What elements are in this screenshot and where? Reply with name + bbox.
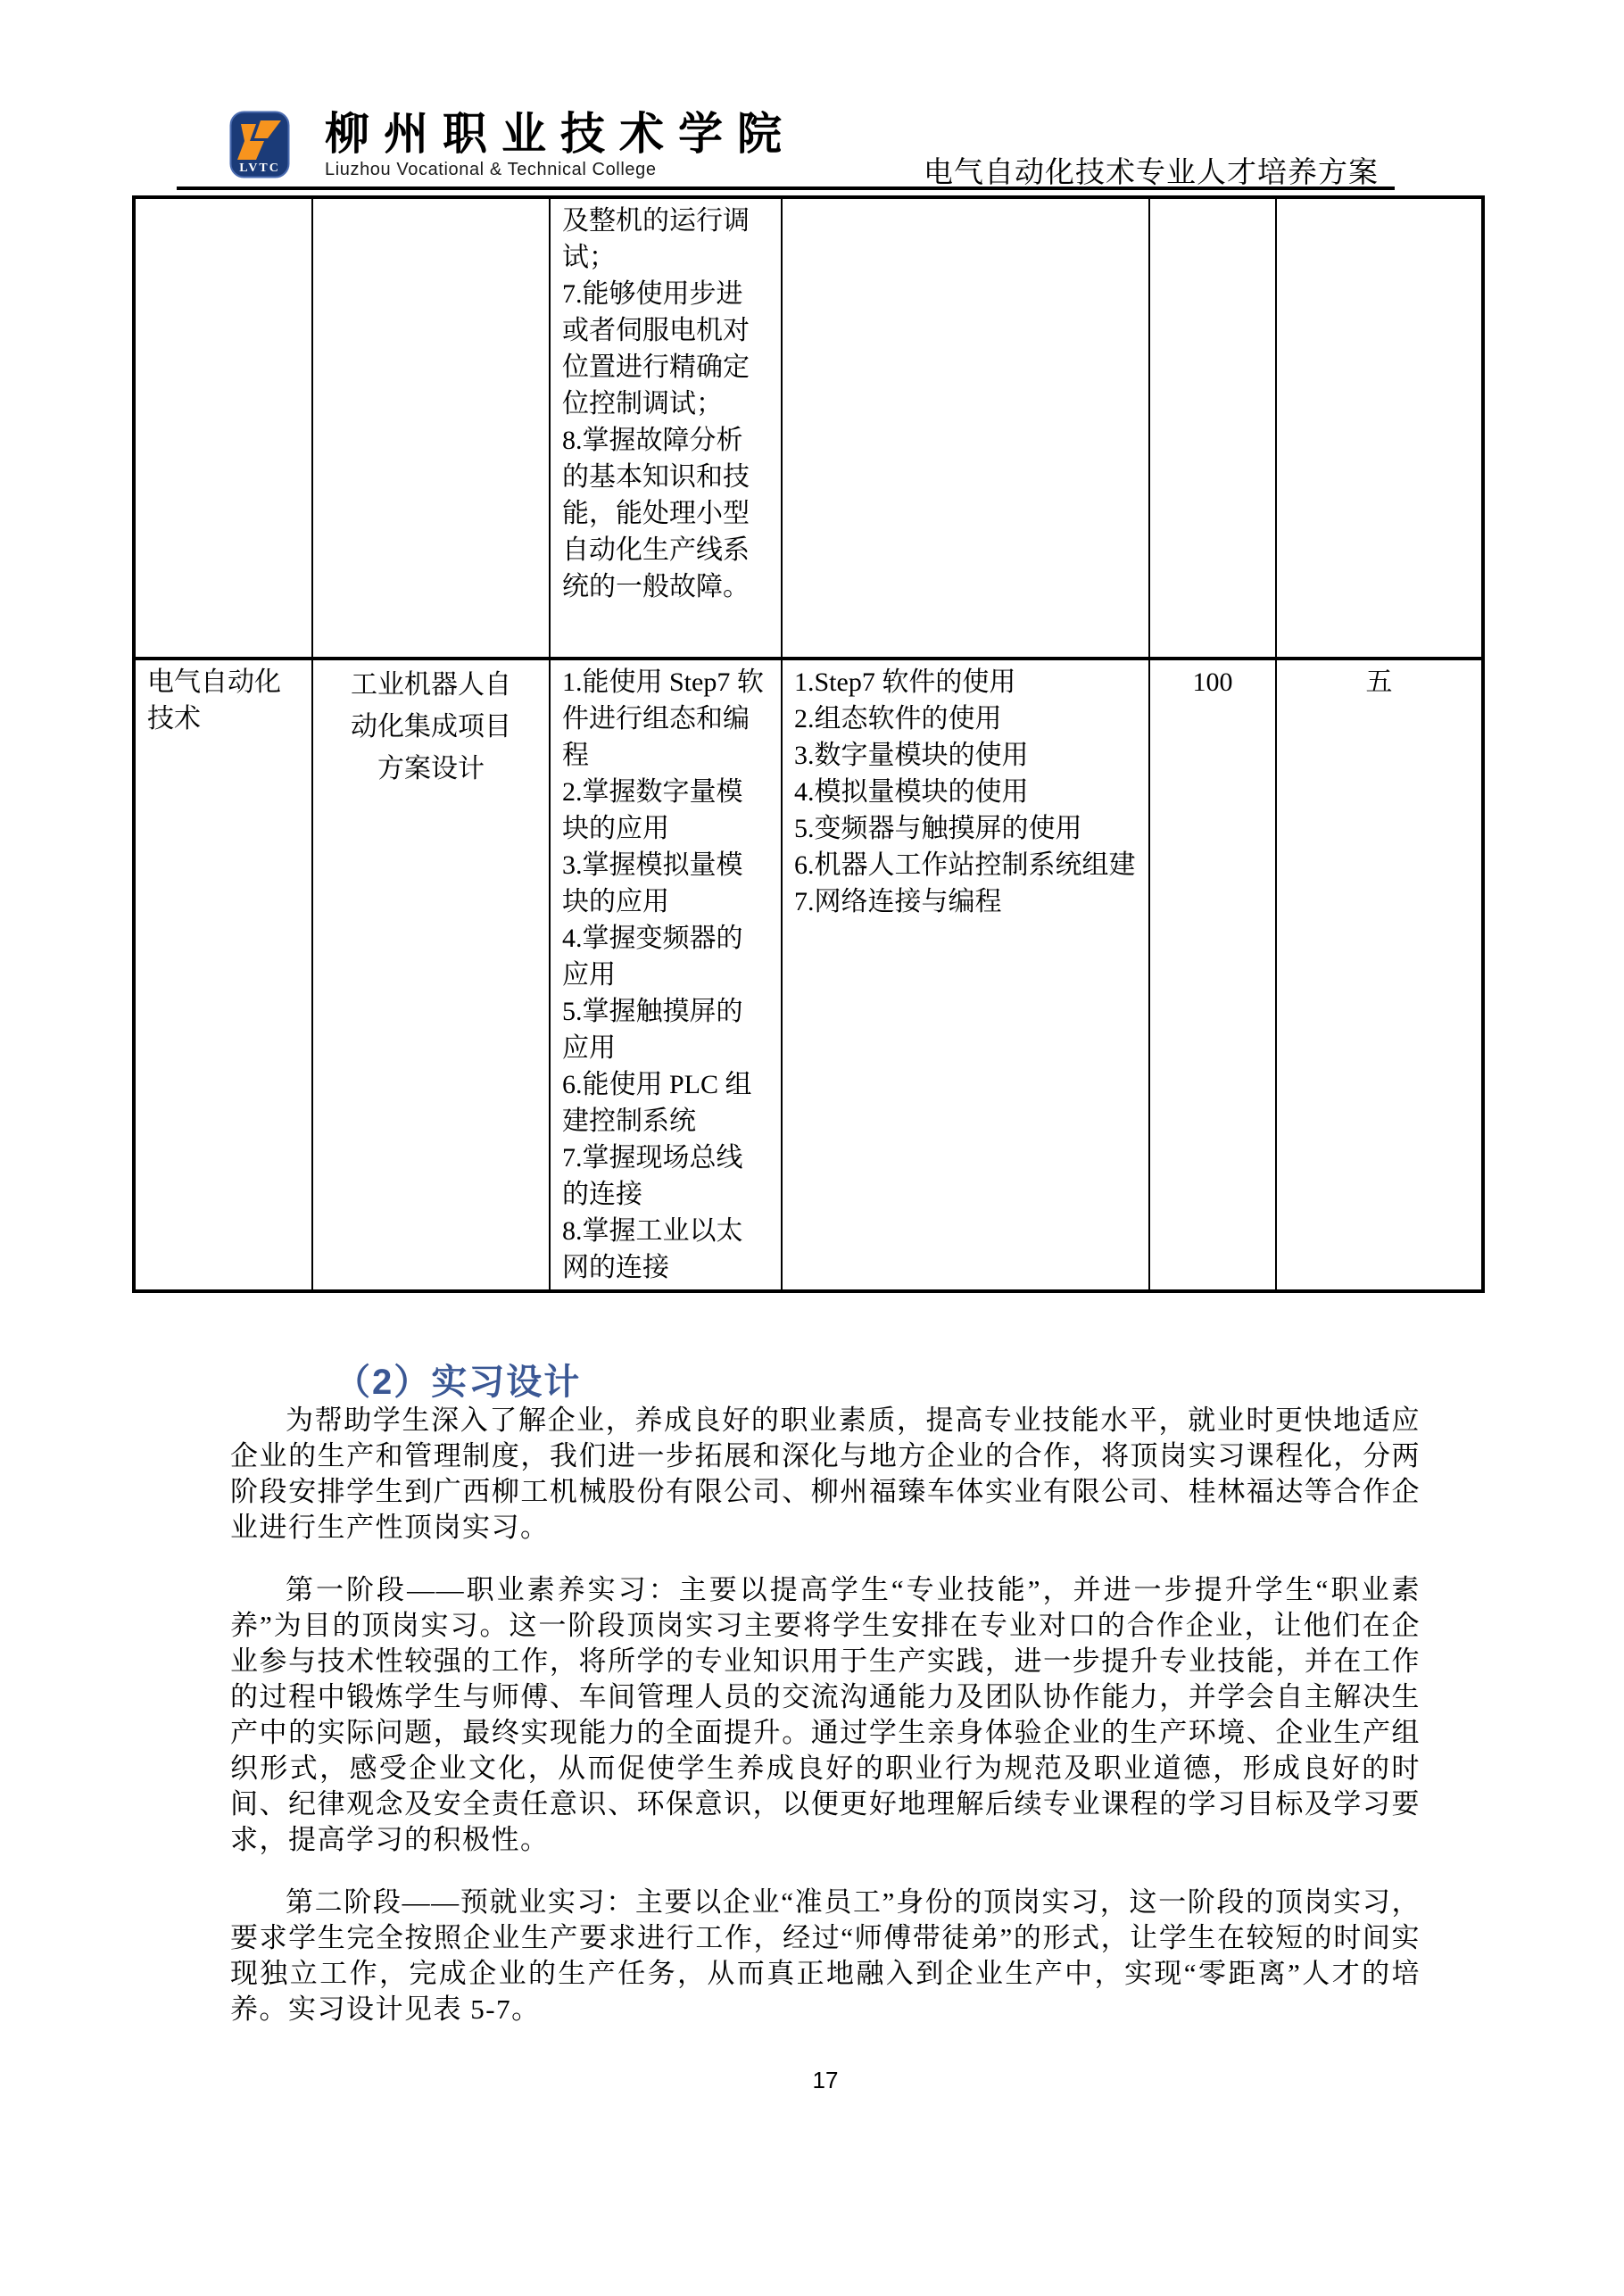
semester-cell: 五 [1276,659,1483,1291]
lvtc-logo-icon: LVTC [229,111,290,178]
major-cell-empty [134,197,312,659]
document-page: LVTC 柳州职业技术学院 Liuzhou Vocational & Techn… [0,0,1624,2296]
page-number: 17 [230,2067,1421,2094]
hours-cell-empty [1149,197,1276,659]
contents-list: 1.Step7 软件的使用 2.组态软件的使用 3.数字量模块的使用 4.模拟量… [794,664,1137,920]
project-cell-empty [312,197,550,659]
section-heading: （2）实习设计 [335,1354,581,1405]
college-name-block: 柳州职业技术学院 Liuzhou Vocational & Technical … [325,109,796,180]
skills-list: 1.能使用 Step7 软件进行组态和编程 2.掌握数字量模块的应用 3.掌握模… [562,664,769,1286]
semester-cell-empty [1276,197,1483,659]
hours-cell: 100 [1149,659,1276,1291]
internship-training-table: 及整机的运行调试； 7.能够使用步进或者伺服电机对位置进行精确定位控制调试； 8… [132,195,1485,1293]
paragraph-intro: 为帮助学生深入了解企业，养成良好的职业素质，提高专业技能水平，就业时更快地适应企… [230,1403,1421,1546]
college-name-en: Liuzhou Vocational & Technical College [325,160,796,180]
project-name: 工业机器人自动化集成项目方案设计 [347,664,515,790]
table-row-main: 电气自动化技术 工业机器人自动化集成项目方案设计 1.能使用 Step7 软件进… [134,659,1483,1291]
header-rule [177,186,1395,190]
skills-list: 及整机的运行调试； 7.能够使用步进或者伺服电机对位置进行精确定位控制调试； 8… [562,203,769,605]
paragraph-stage-one: 第一阶段——职业素养实习：主要以提高学生“专业技能”，并进一步提升学生“职业素养… [230,1572,1421,1858]
document-title: 电气自动化技术专业人才培养方案 [924,149,1379,191]
skills-cell: 1.能使用 Step7 软件进行组态和编程 2.掌握数字量模块的应用 3.掌握模… [550,659,782,1291]
project-cell: 工业机器人自动化集成项目方案设计 [312,659,550,1291]
paragraph-stage-two: 第二阶段——预就业实习：主要以企业“准员工”身份的顶岗实习，这一阶段的顶岗实习，… [230,1885,1421,2027]
contents-cell: 1.Step7 软件的使用 2.组态软件的使用 3.数字量模块的使用 4.模拟量… [782,659,1149,1291]
skills-cell: 及整机的运行调试； 7.能够使用步进或者伺服电机对位置进行精确定位控制调试； 8… [550,197,782,659]
body-text: 为帮助学生深入了解企业，养成良好的职业素质，提高专业技能水平，就业时更快地适应企… [230,1403,1421,2054]
logo-acronym: LVTC [239,162,280,175]
table-row-continuation: 及整机的运行调试； 7.能够使用步进或者伺服电机对位置进行精确定位控制调试； 8… [134,197,1483,659]
college-name-cn: 柳州职业技术学院 [325,109,796,159]
contents-cell-empty [782,197,1149,659]
major-cell: 电气自动化技术 [134,659,312,1291]
